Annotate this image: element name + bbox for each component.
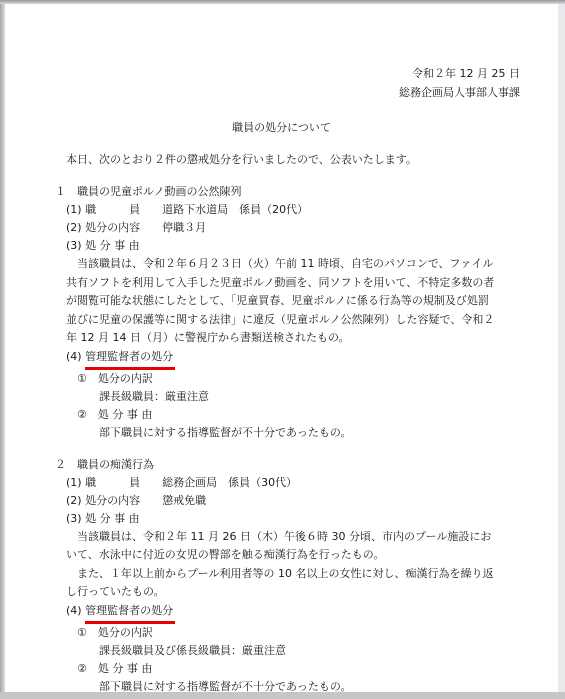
page-title: 職員の処分について	[5, 118, 558, 137]
item-line: (3) 処 分 事 由	[66, 237, 558, 255]
paragraph-line: 当該職員は、令和２年 11 月 26 日（木）午後６時 30 分頃、市内のプール…	[66, 528, 558, 547]
intro-text: 本日、次のとおり２件の懲戒処分を行いましたので、公表いたします。	[55, 150, 558, 169]
item-line: (2) 処分の内容 懲戒免職	[66, 492, 558, 510]
paragraph-line: いて、水泳中に付近の女児の臀部を触る痴漢行為を行ったもの。	[66, 546, 558, 565]
section: １ 職員の児童ポルノ動画の公然陳列(1) 職 員 道路下水道局 係員（20代）(…	[5, 182, 558, 442]
section: ２ 職員の痴漢行為(1) 職 員 総務企画局 係員（30代）(2) 処分の内容 …	[5, 455, 558, 696]
item-prefix: (4)	[66, 604, 85, 617]
item-line: (2) 処分の内容 停職３月	[66, 219, 558, 237]
paragraph-line: また、１年以上前からプール利用者等の 10 名以上の女性に対し、痴漢行為を繰り返	[66, 565, 558, 584]
red-underlined-text: 管理監督者の処分	[85, 348, 175, 370]
sub-detail-line: 課長級職員及び係長級職員：厳重注意	[99, 642, 558, 660]
page-edge-top	[0, 0, 565, 4]
page-edge-left	[0, 0, 5, 699]
document-page: 令和２年 12 月 25 日 総務企画局人事部人事課 職員の処分について 本日、…	[5, 4, 558, 692]
sub-detail-line: 部下職員に対する指導監督が不十分であったもの。	[99, 424, 558, 442]
item-line: (4) 管理監督者の処分	[66, 348, 558, 370]
item-prefix: (4)	[66, 350, 85, 363]
paragraph-line: 共有ソフトを利用して入手した児童ポルノ動画を、同ソフトを用いて、不特定多数の者	[66, 274, 558, 293]
section-heading: １ 職員の児童ポルノ動画の公然陳列	[55, 182, 558, 201]
item-line: (4) 管理監督者の処分	[66, 602, 558, 624]
paragraph-line: 当該職員は、令和２年６月２３日（火）午前 11 時頃、自宅のパソコンで、ファイル	[66, 255, 558, 274]
sub-item-line: ① 処分の内訳	[77, 370, 558, 388]
paragraph-line: 年 12 月 14 日（月）に警視庁から書類送検されたもの。	[66, 329, 558, 348]
section-heading: ２ 職員の痴漢行為	[55, 455, 558, 474]
paragraph-line: 並びに児童の保護等に関する法律」に違反（児童ポルノ公然陳列）した容疑で、令和２	[66, 311, 558, 330]
document-viewer-background: 令和２年 12 月 25 日 総務企画局人事部人事課 職員の処分について 本日、…	[0, 0, 565, 699]
item-line: (3) 処 分 事 由	[66, 510, 558, 528]
sub-item-line: ② 処 分 事 由	[77, 406, 558, 424]
document-content: 令和２年 12 月 25 日 総務企画局人事部人事課 職員の処分について 本日、…	[5, 4, 558, 696]
page-edge-bottom	[0, 692, 565, 699]
sub-item-line: ① 処分の内訳	[77, 624, 558, 642]
item-line: (1) 職 員 道路下水道局 係員（20代）	[66, 201, 558, 219]
date-line: 令和２年 12 月 25 日	[5, 64, 558, 83]
page-edge-right	[558, 0, 565, 699]
sections: １ 職員の児童ポルノ動画の公然陳列(1) 職 員 道路下水道局 係員（20代）(…	[5, 182, 558, 696]
sub-item-line: ② 処 分 事 由	[77, 660, 558, 678]
sub-detail-line: 課長級職員：厳重注意	[99, 388, 558, 406]
paragraph-line: が閲覧可能な状態にしたとして、「児童買春、児童ポルノに係る行為等の規制及び処罰	[66, 292, 558, 311]
red-underlined-text: 管理監督者の処分	[85, 602, 175, 624]
paragraph-line: し行っていたもの。	[66, 583, 558, 602]
item-line: (1) 職 員 総務企画局 係員（30代）	[66, 474, 558, 492]
issuer-line: 総務企画局人事部人事課	[5, 83, 558, 102]
